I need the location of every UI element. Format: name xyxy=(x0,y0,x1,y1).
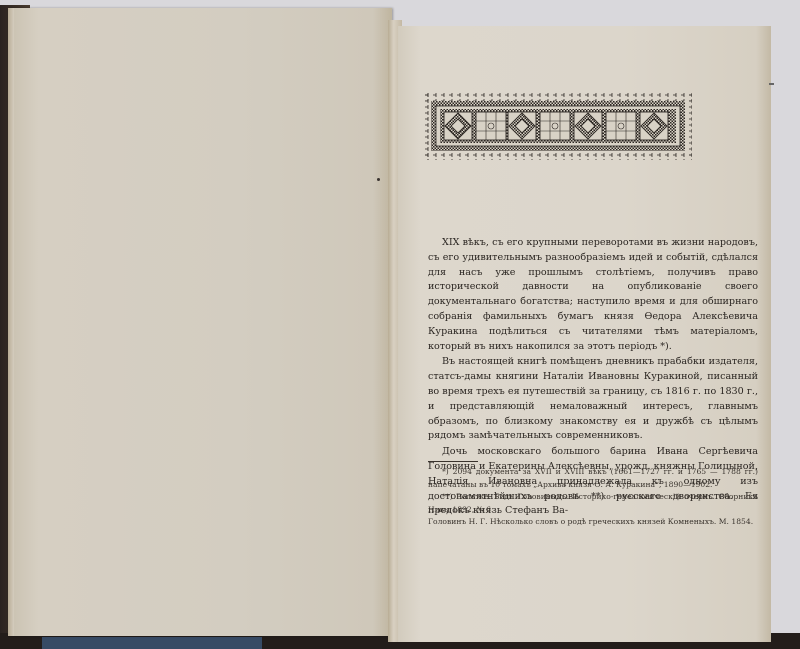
paragraph-2: Въ настоящей книгѣ помѣщенъ дневникъ пра… xyxy=(428,355,758,444)
footnote-2-continued: Головинъ Н. Г. Нѣсколько словъ о родѣ гр… xyxy=(428,516,758,529)
left-page-blank xyxy=(8,8,392,636)
footnotes: *) 2094 документа за XVII и XVIII вѣкъ (… xyxy=(428,466,758,529)
footnote-rule xyxy=(428,461,478,462)
cloth-underneath xyxy=(42,637,262,649)
ink-speck xyxy=(377,178,380,181)
page-edge-mark xyxy=(769,83,774,85)
footnote-1: *) 2094 документа за XVII и XVIII вѣкъ (… xyxy=(428,466,758,491)
footnote-2: **) Вольтке. Родъ Головиныхъ. Историко-г… xyxy=(428,491,758,516)
decorative-headpiece-ornament xyxy=(424,92,692,160)
paragraph-1: XIX вѣкъ, съ его крупными переворотами в… xyxy=(428,236,758,354)
